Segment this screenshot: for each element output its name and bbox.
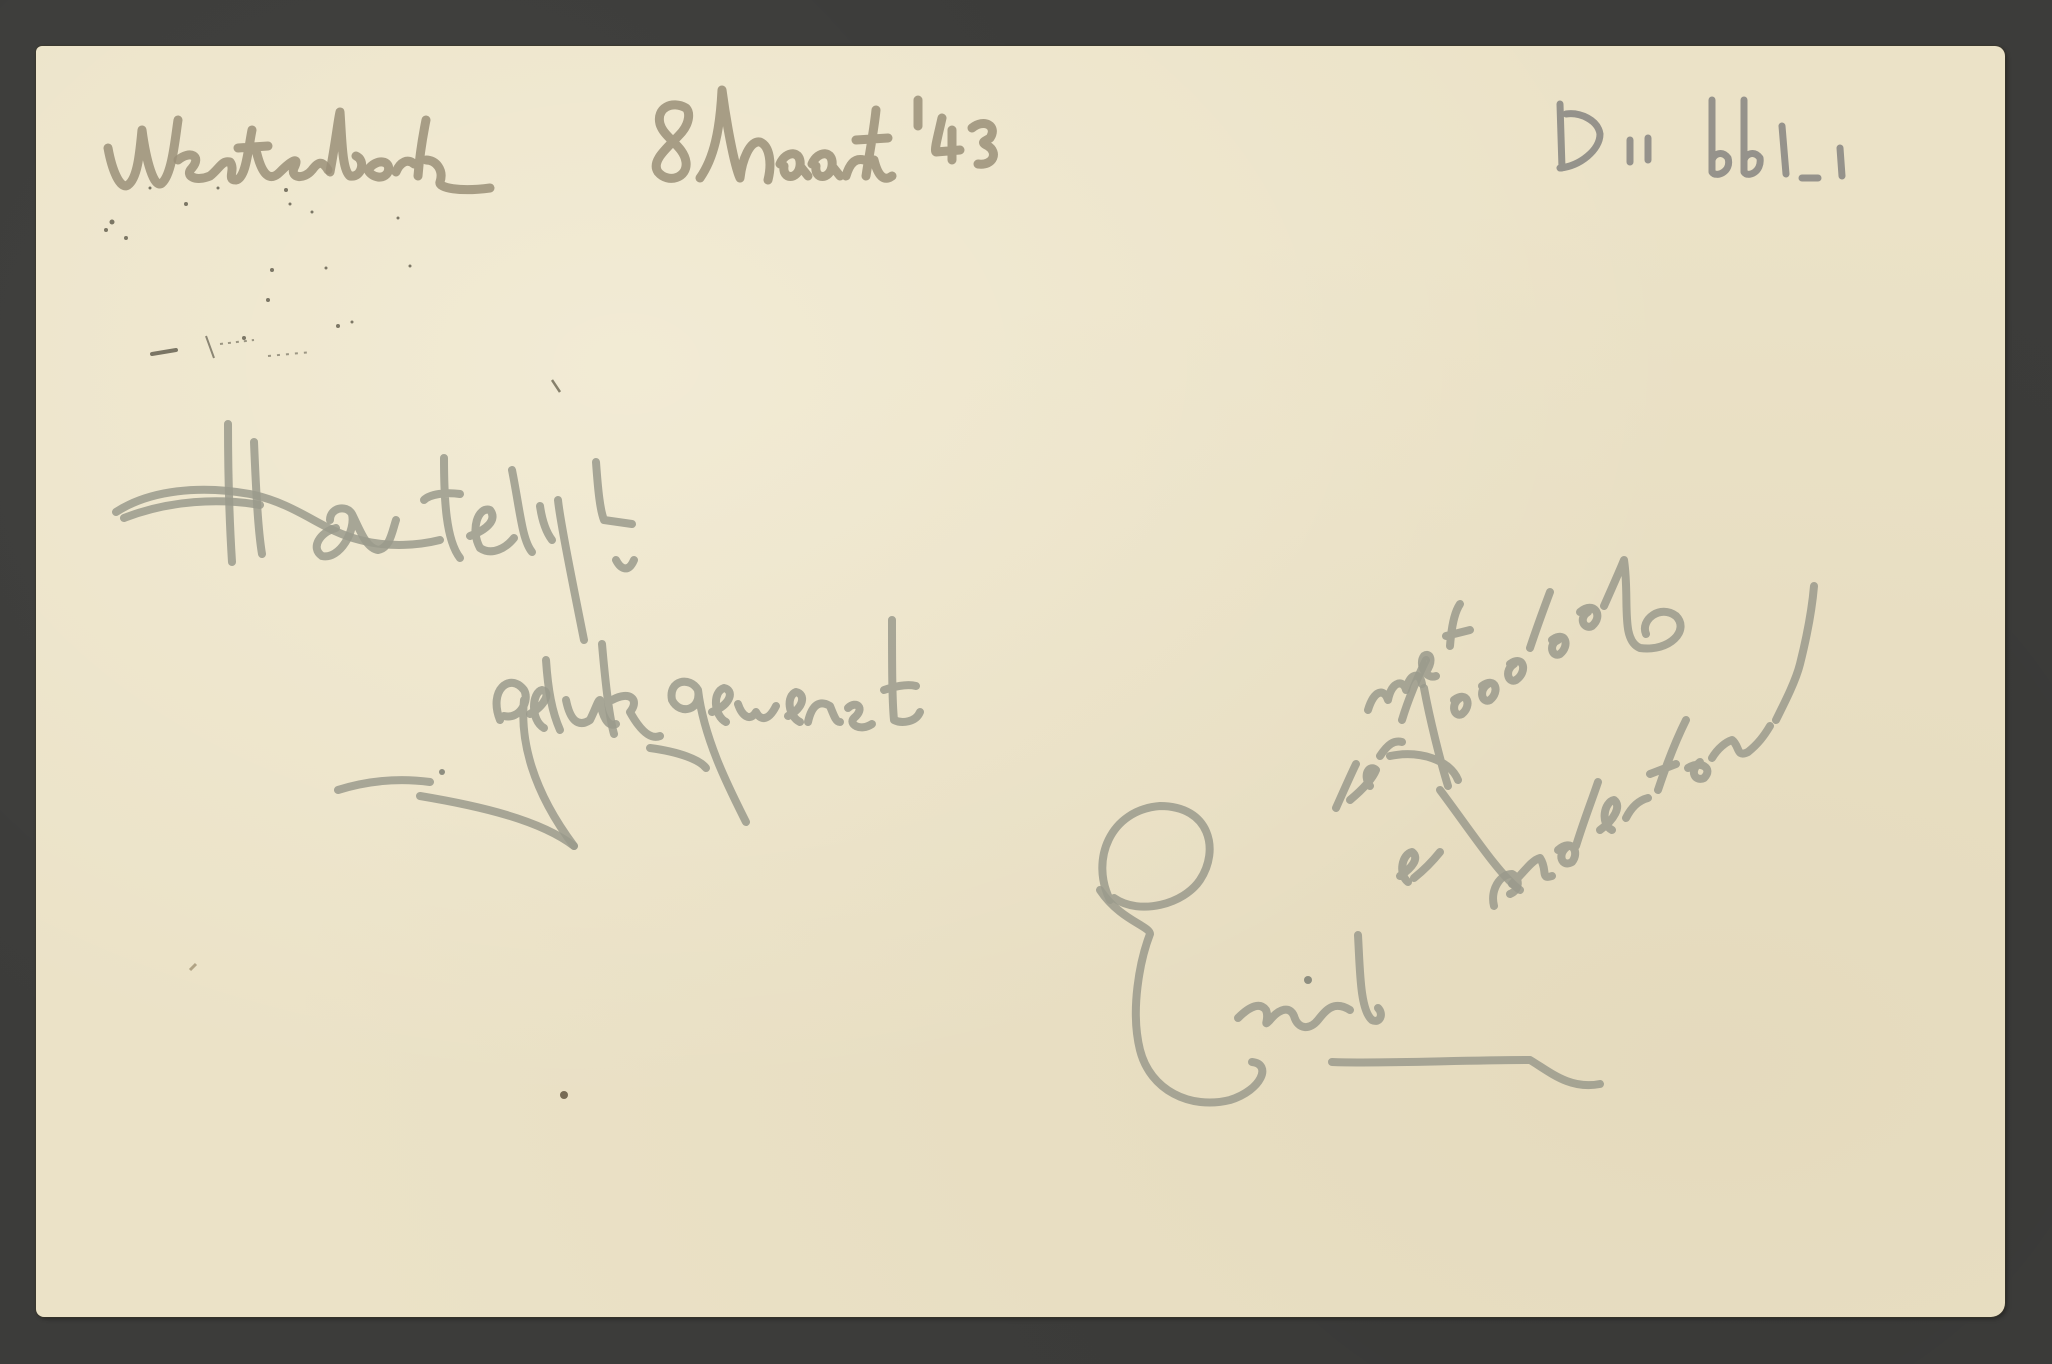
greeting-text: Hartelijk xyxy=(120,430,839,617)
archive-number: D II 661-1 xyxy=(1555,100,1954,190)
signature: Emil xyxy=(1110,900,1458,1074)
body-line-2: geluk gewenst met xyxy=(540,650,1598,778)
heading-text: Westerbork 8 Maart '43 xyxy=(110,95,1173,198)
